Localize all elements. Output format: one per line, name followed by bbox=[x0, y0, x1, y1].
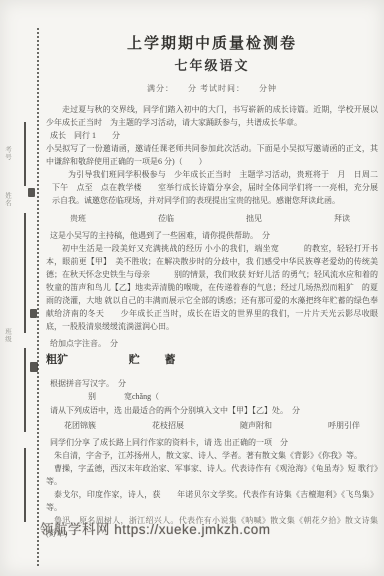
seal-stamp-mark bbox=[30, 362, 38, 372]
question-hanzi: 根据拼音写汉字。 分 bbox=[46, 377, 378, 390]
exam-content: 上学期期中质量检测卷 七年级语文 满分： 分 考试时间： 分钟 走过夏与秋的交界… bbox=[46, 0, 378, 540]
option-baidu: 拜读 bbox=[334, 212, 350, 225]
page-subtitle: 七年级语文 bbox=[46, 57, 378, 74]
margin-field-name: 姓名 bbox=[3, 192, 12, 207]
zhuyin-word-row: 粗犷 贮 蓄 bbox=[46, 352, 378, 369]
author-card-taigeer: 泰戈尔，印度作家，诗人，获 年诺贝尔文学奖。代表作有诗集《吉檀迦利》《飞鸟集》等… bbox=[46, 488, 378, 514]
seal-line-segment bbox=[24, 122, 26, 186]
invitation-body: 为引导我们班同学积极参与 少年成长正当时 主题学习活动，贵班将于 月 日周二下午… bbox=[52, 168, 378, 207]
question-idiom: 请从下列成语中，选 出最适合的两个分别填入文中【甲】【乙】处。 分 bbox=[46, 404, 378, 417]
seal-stamp-mark bbox=[30, 309, 37, 318]
exam-paper-scan: 考号 姓名 班级 上学期期中质量检测卷 七年级语文 满分： 分 考试时间： 分钟… bbox=[0, 0, 384, 576]
invitation-option-row: 贵班 莅临 拙见 拜读 bbox=[46, 212, 378, 225]
question-invitation: 小吴拟写了一份邀请函，邀请任课老师共同参加此次活动。下面是小吴拟写邀请函的正文，… bbox=[46, 142, 378, 168]
option-guiban: 贵班 bbox=[70, 212, 86, 225]
host-script-paragraph: 初中生活是一段美好又充满挑战的经历 小小的我们，端坐宽 的教室，轻轻打开书本，眼… bbox=[46, 242, 378, 333]
question-author: 同学们分享 了成长路上同行作家的资料卡，请 选 出正确的一项 分 bbox=[46, 436, 378, 449]
hanzi-bie: 别 bbox=[88, 392, 96, 401]
author-card-zhuziqing: 朱自清，字舍予，江苏扬州人，散文家、诗人、学者。著有散文集《背影》《你我》等。 bbox=[46, 449, 378, 462]
margin-field-examno: 考号 bbox=[3, 146, 12, 161]
idiom-row: 花团锦簇 花枝招展 随声附和 呼朋引伴 bbox=[46, 419, 378, 432]
page-title: 上学期期中质量检测卷 bbox=[46, 34, 378, 53]
word-xu: 蓄 bbox=[165, 354, 176, 366]
hanzi-kuanchang: 宽chǎng（ bbox=[124, 392, 159, 401]
seal-stamp-mark bbox=[28, 188, 35, 197]
seal-line-segment bbox=[24, 213, 26, 333]
idiom-huazhizhaozhan: 花枝招展 bbox=[152, 419, 184, 432]
intro-paragraph: 走过夏与秋的交界线，同学们踏入初中的大门，书写崭新的成长诗篇。近期，学校开展以 … bbox=[46, 103, 378, 129]
question-host: 这是小吴写的主持稿，他遇到了一些困难，请你提供帮助。 分 bbox=[46, 229, 378, 242]
idiom-hupengyinban: 呼朋引伴 bbox=[328, 419, 360, 432]
site-watermark: 领航学科网 https://xueke.jmkzh.com bbox=[40, 518, 271, 538]
section-heading: 成长 同行 1 分 bbox=[46, 129, 378, 142]
word-cukuang: 粗犷 bbox=[46, 354, 68, 366]
exam-meta-line: 满分： 分 考试时间： 分钟 bbox=[46, 82, 378, 95]
idiom-huatuanjincu: 花团锦簇 bbox=[64, 419, 96, 432]
margin-field-class: 班级 bbox=[3, 328, 12, 343]
option-lilin: 莅临 bbox=[158, 212, 174, 225]
hanzi-item-row: 别 宽chǎng（ bbox=[46, 390, 378, 403]
seal-dotted-line bbox=[37, 28, 39, 566]
word-zhu: 贮 bbox=[129, 354, 140, 366]
question-zhuyin: 给加点字注音。 分 bbox=[46, 337, 378, 350]
option-zhuojian: 拙见 bbox=[246, 212, 262, 225]
seal-line-segment bbox=[24, 448, 26, 522]
idiom-suishengfuhe: 随声附和 bbox=[240, 419, 272, 432]
seal-line-segment bbox=[24, 348, 26, 432]
author-card-caocao: 曹操，字孟德，西汉末年政治家、军事家、诗人。代表诗作有《观沧海》《龟虽寿》短 歌… bbox=[46, 462, 378, 488]
